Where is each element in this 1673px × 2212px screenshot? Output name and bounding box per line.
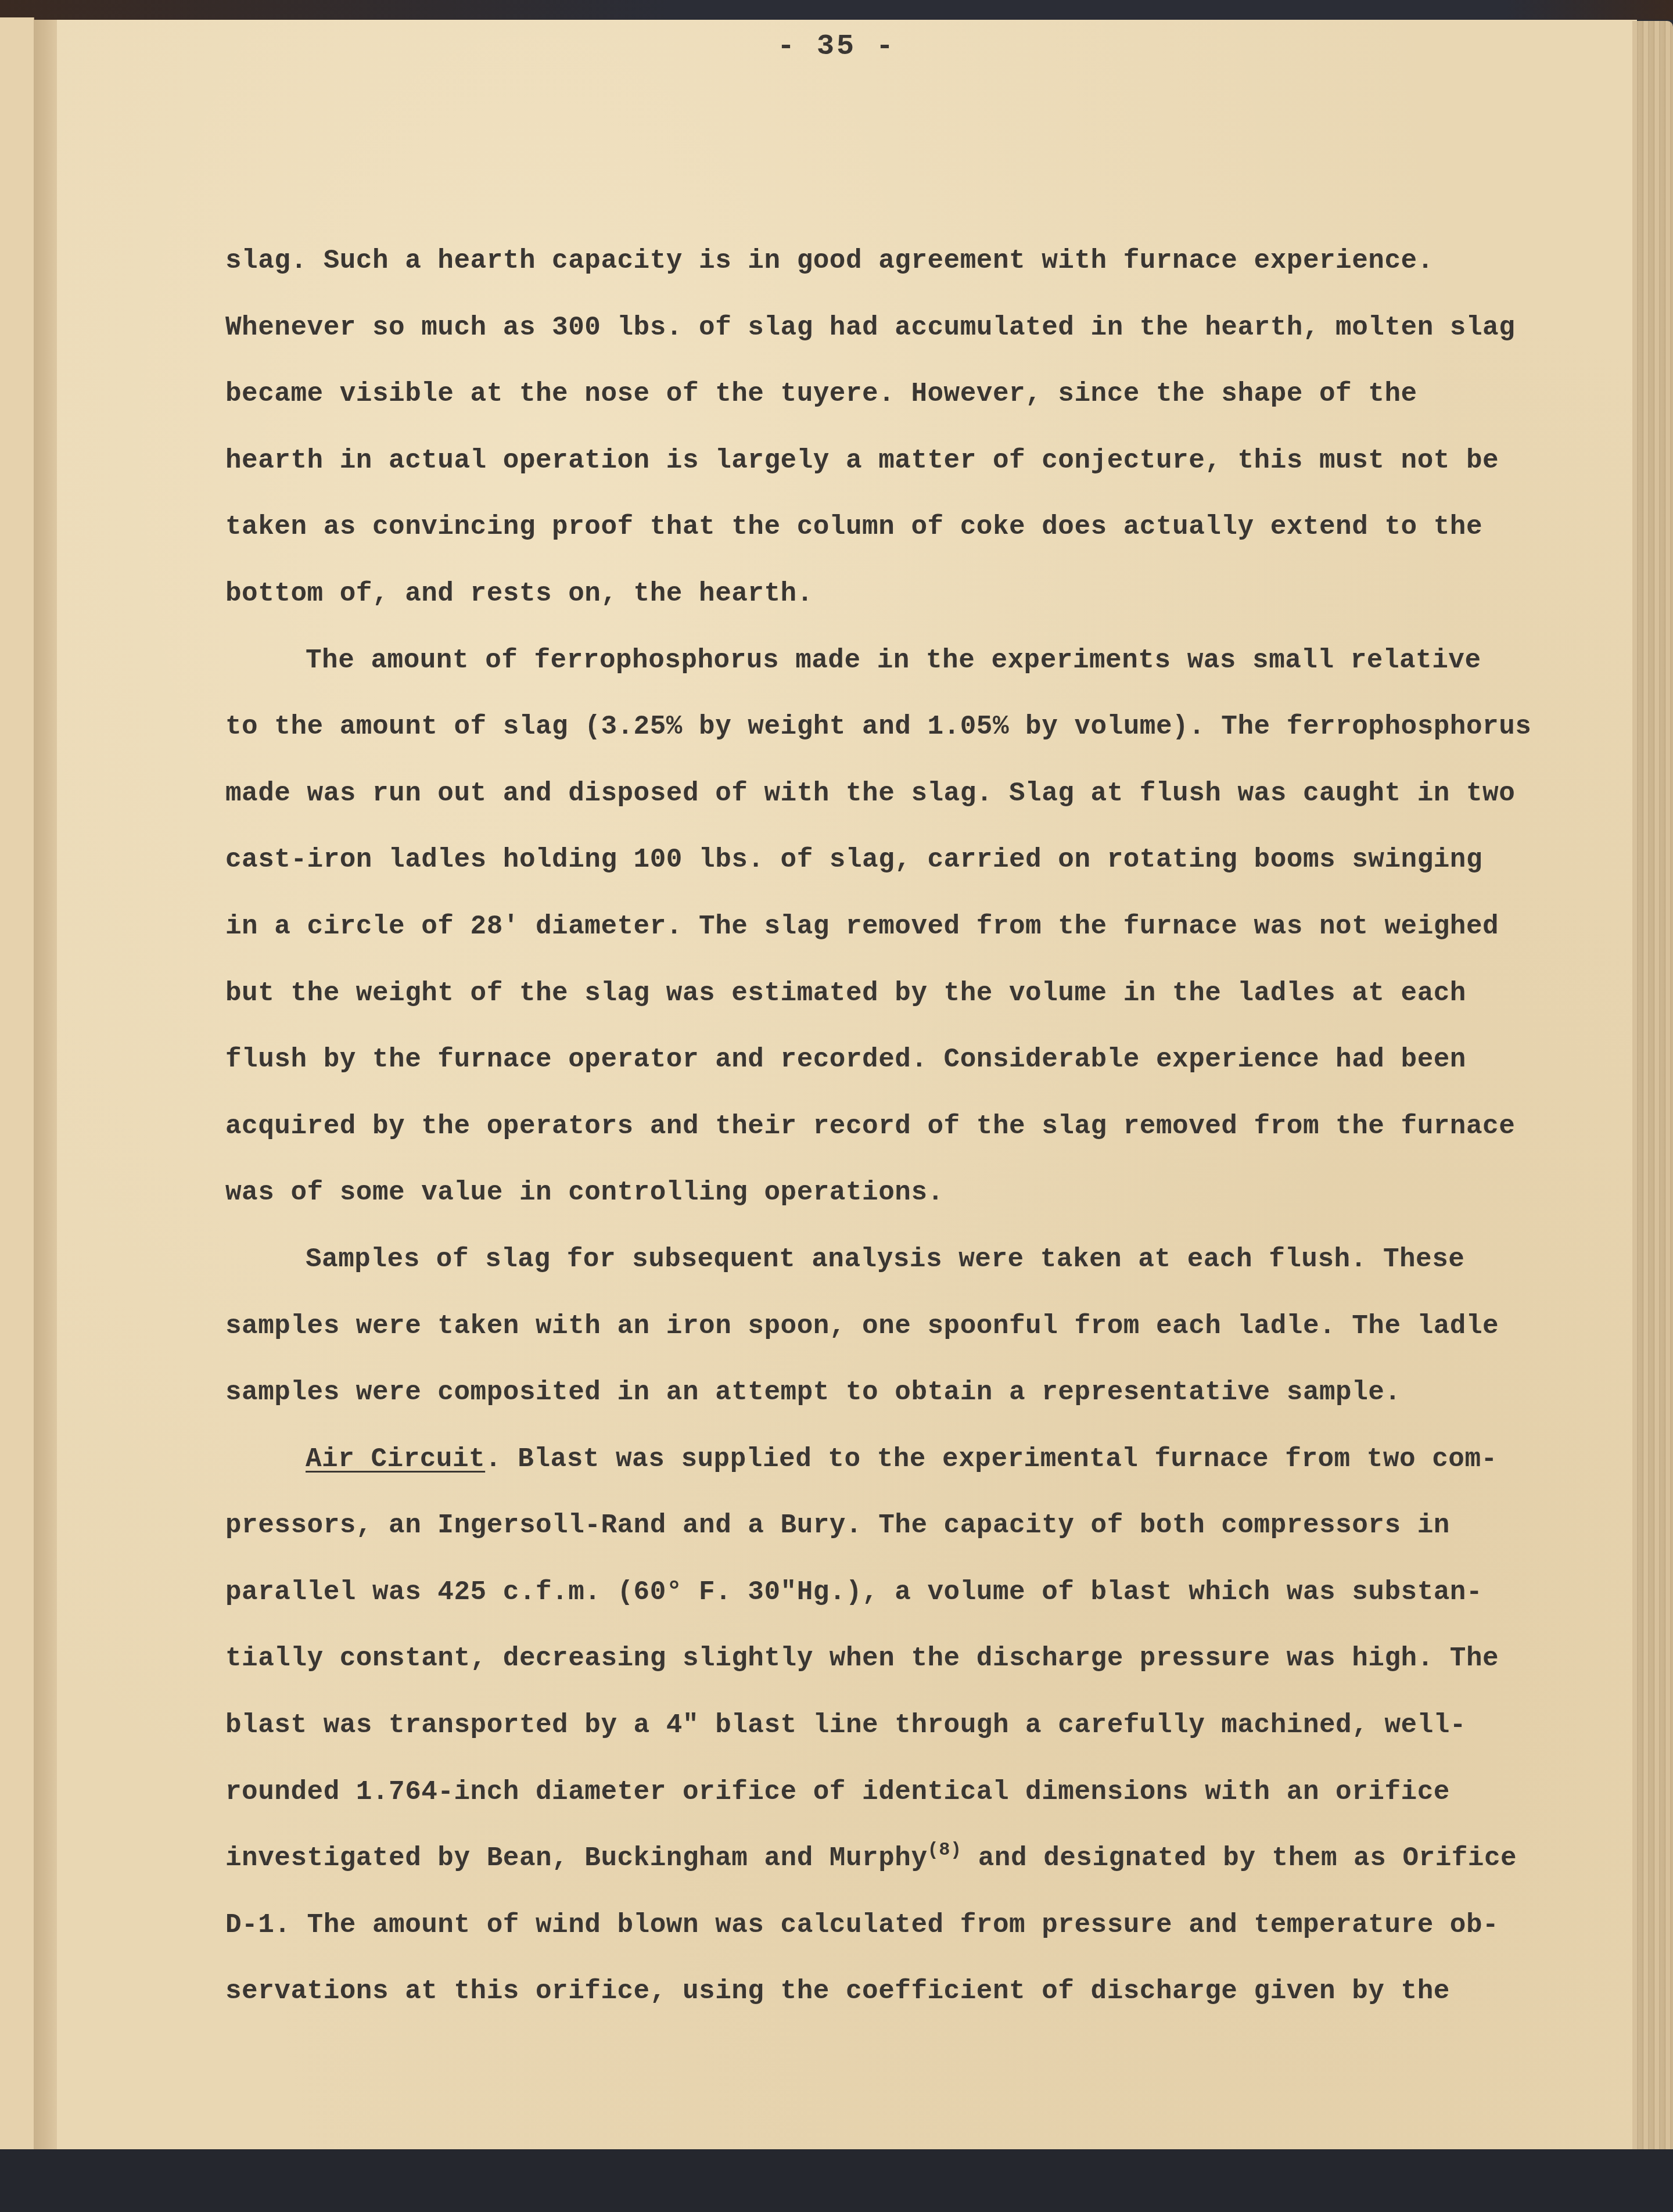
section-first-line: Air Circuit. Blast was supplied to the e…	[225, 1426, 1561, 1493]
text-line: blast was transported by a 4" blast line…	[225, 1692, 1561, 1759]
paragraph-first-line: Samples of slag for subsequent analysis …	[225, 1226, 1561, 1293]
text-line: rounded 1.764-inch diameter orifice of i…	[225, 1759, 1561, 1826]
section-heading-air-circuit: Air Circuit	[306, 1444, 485, 1474]
citation-reference: (8)	[928, 1839, 962, 1861]
text-line: hearth in actual operation is largely a …	[225, 428, 1561, 494]
text-line: D-1. The amount of wind blown was calcul…	[225, 1892, 1561, 1959]
text-line: bottom of, and rests on, the hearth.	[225, 561, 1561, 627]
text-line: but the weight of the slag was estimated…	[225, 960, 1561, 1027]
text-line: cast-iron ladles holding 100 lbs. of sla…	[225, 827, 1561, 893]
text-line: servations at this orifice, using the co…	[225, 1958, 1561, 2025]
text-line: slag. Such a hearth capacity is in good …	[225, 228, 1561, 295]
text-line: parallel was 425 c.f.m. (60° F. 30"Hg.),…	[225, 1559, 1561, 1626]
text-fragment: and designated by them as Orifice	[962, 1843, 1517, 1873]
text-line: acquired by the operators and their reco…	[225, 1093, 1561, 1160]
paragraph-first-line: The amount of ferrophosphorus made in th…	[225, 627, 1561, 694]
text-line: samples were composited in an attempt to…	[225, 1359, 1561, 1426]
text-line: in a circle of 28' diameter. The slag re…	[225, 893, 1561, 960]
text-line: tially constant, decreasing slightly whe…	[225, 1625, 1561, 1692]
citation-line: investigated by Bean, Buckingham and Mur…	[225, 1825, 1561, 1892]
page-stack-edge	[1632, 21, 1673, 2170]
text-line: pressors, an Ingersoll-Rand and a Bury. …	[225, 1492, 1561, 1559]
text-fragment: investigated by Bean, Buckingham and Mur…	[225, 1843, 928, 1873]
book-cover-bottom	[0, 2149, 1673, 2212]
text-line: taken as convincing proof that the colum…	[225, 494, 1561, 561]
text-line: to the amount of slag (3.25% by weight a…	[225, 694, 1561, 760]
text-fragment: . Blast was supplied to the experimental…	[485, 1444, 1497, 1474]
text-line: samples were taken with an iron spoon, o…	[225, 1293, 1561, 1360]
facing-page-edge	[0, 17, 34, 2167]
text-line: Whenever so much as 300 lbs. of slag had…	[225, 295, 1561, 361]
body-text: slag. Such a hearth capacity is in good …	[225, 228, 1561, 2025]
text-line: was of some value in controlling operati…	[225, 1159, 1561, 1226]
book-cover-top	[0, 0, 1673, 20]
text-line: flush by the furnace operator and record…	[225, 1026, 1561, 1093]
text-line: made was run out and disposed of with th…	[225, 760, 1561, 827]
book-gutter	[34, 20, 57, 2152]
page-number: - 35 -	[0, 30, 1673, 63]
text-line: became visible at the nose of the tuyere…	[225, 361, 1561, 428]
